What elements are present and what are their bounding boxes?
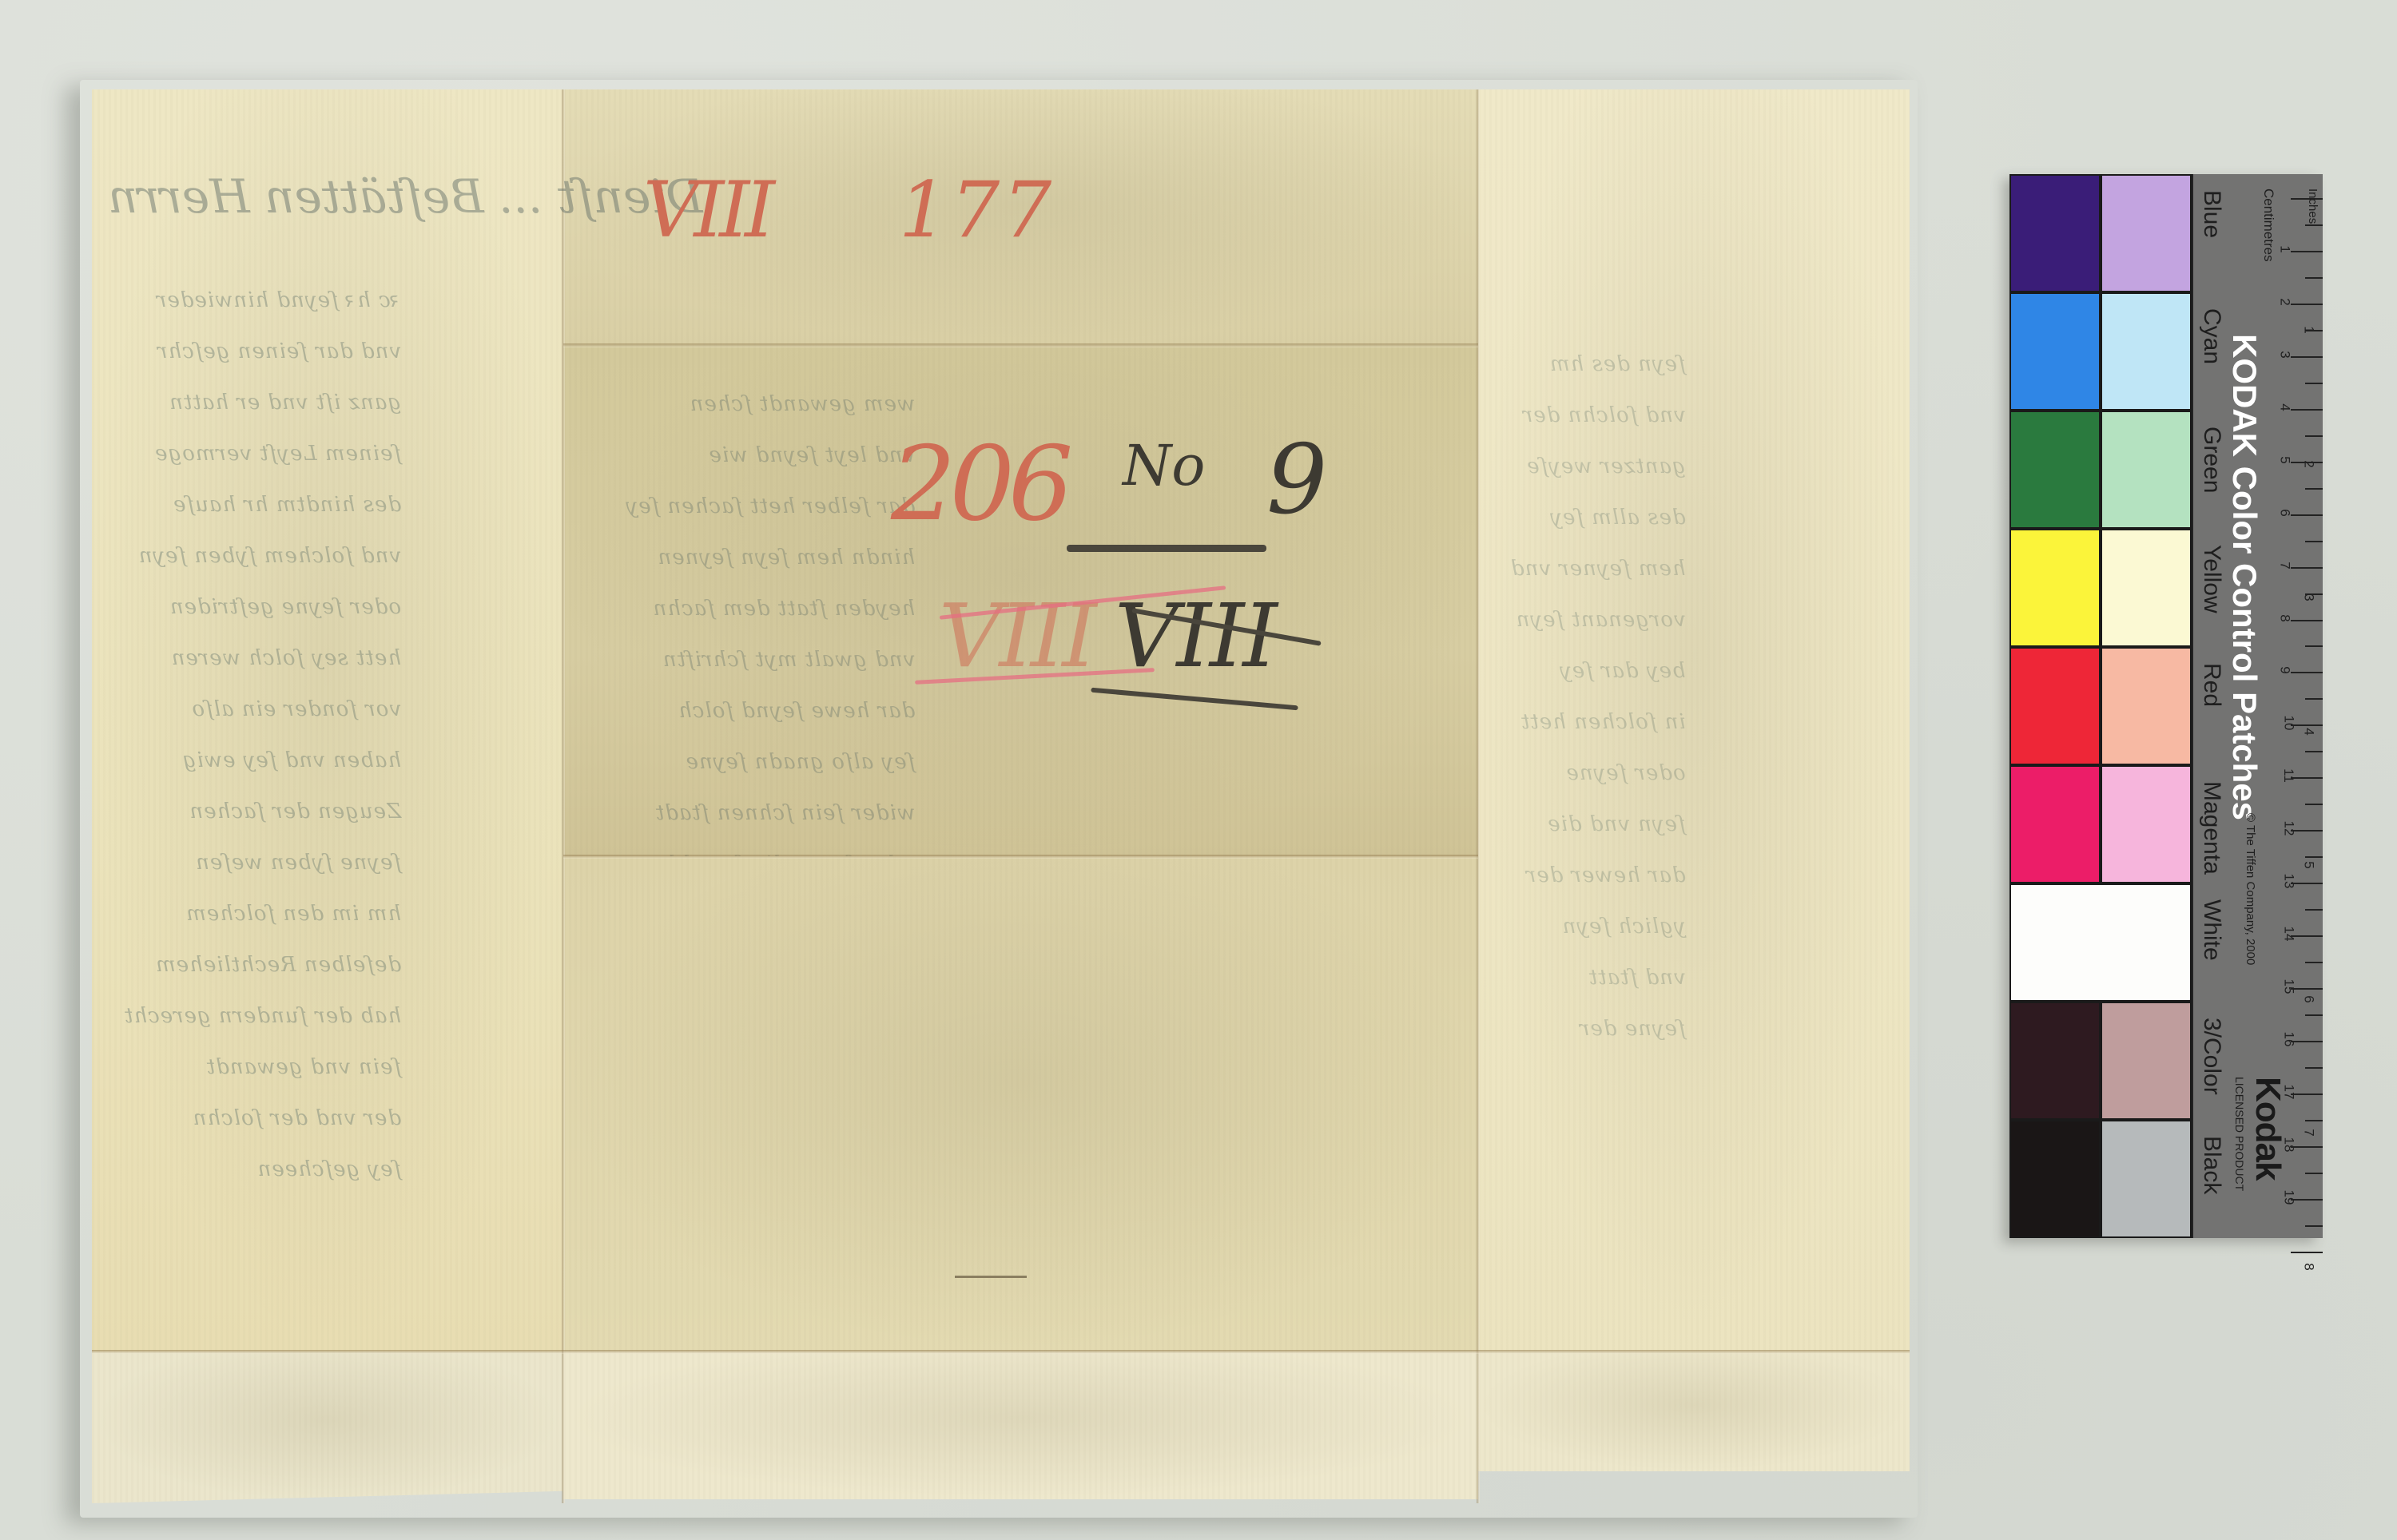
bleed-through-line: ꝛc hꝛ ſeynd hinwieder	[124, 281, 401, 320]
inch-mark: 1	[2301, 327, 2317, 334]
patch-light	[2101, 174, 2192, 292]
patch-dark	[2009, 1002, 2101, 1120]
bleed-through-line: des hindtm hr hauſe	[124, 486, 401, 524]
patch-light	[2101, 1120, 2192, 1238]
bleed-through-line: oder ſeyne	[1510, 754, 1686, 792]
patch-row-magenta	[2009, 765, 2192, 883]
bleed-through-line: ſein vnd gewandt	[124, 1048, 401, 1086]
licensed-product-text: LICENSED PRODUCT	[2233, 1077, 2246, 1191]
patch-row-black	[2009, 1120, 2192, 1238]
bleed-through-line: ſeyn vnd die	[1510, 805, 1686, 843]
underline	[1067, 545, 1266, 552]
bleed-through-line: bey dar ſey	[1510, 652, 1686, 690]
cm-mark: 9	[2277, 667, 2293, 674]
bleed-through-line: vnd ſolchem ſyben ſeyn	[124, 537, 401, 575]
bleed-through-line: haben vnd ſey ewig	[124, 741, 401, 780]
bleed-through-line: des allm ſey	[1510, 498, 1686, 537]
cm-mark: 16	[2280, 1032, 2296, 1047]
ruler-tick	[2305, 909, 2323, 911]
patch-dark	[2009, 1120, 2101, 1238]
inch-mark: 4	[2301, 728, 2317, 735]
dark-roman: VIII	[1115, 585, 1276, 687]
bleed-through-line: vnd ſtatt	[1510, 959, 1686, 997]
bleed-through-line: ſeyn des hm	[1510, 345, 1686, 383]
ruler-strip: KODAK Color Control Patches © The Tiffen…	[2192, 174, 2323, 1238]
bleed-through-line: ſey alſo gnadn ſeyne	[619, 743, 915, 781]
patch-light	[2101, 529, 2192, 647]
bleed-through-line: ſeyne der	[1510, 1010, 1686, 1048]
patch-label: Blue	[2198, 190, 2225, 238]
bleed-through-line: hm im den ſolchem	[124, 895, 401, 933]
bleed-through-line: vnd leyt ſeynd wie	[619, 436, 915, 474]
ruler-tick	[2305, 751, 2323, 752]
patch-light	[2101, 411, 2192, 529]
centimetres-label: Centimetres	[2260, 189, 2276, 262]
patch-label: Red	[2198, 663, 2225, 707]
patch-dark	[2009, 292, 2101, 411]
bleed-through-line: heyden ſtatt dem ſachn	[619, 589, 915, 628]
bleed-through-text-center: wem gewandt ſchenvnd leyt ſeynd wiedar ſ…	[619, 385, 915, 856]
cm-mark: 2	[2277, 298, 2293, 305]
horizontal-fold-line	[563, 343, 1478, 347]
ruler-tick	[2305, 1120, 2323, 1121]
patch-dark	[2009, 174, 2101, 292]
parchment-document: ꝛc hꝛ ſeynd hinwiedervnd dar ſeinen geſc…	[92, 89, 1910, 1503]
ruler-tick	[2291, 251, 2323, 252]
inch-mark: 6	[2301, 995, 2317, 1002]
number-label: No	[1123, 433, 1205, 498]
inch-mark: 7	[2301, 1129, 2317, 1137]
bleed-through-line: gantzer weyſe	[1510, 447, 1686, 486]
cm-mark: 17	[2280, 1085, 2296, 1100]
patch-row-white	[2009, 883, 2192, 1002]
patch-light	[2101, 1002, 2192, 1120]
ruler-tick	[2291, 672, 2323, 673]
patch-row-green	[2009, 411, 2192, 529]
ruler-tick	[2305, 435, 2323, 437]
ruler-tick	[2291, 1252, 2323, 1253]
bottom-right-flap	[1478, 1351, 1910, 1471]
bottom-left-flap	[92, 1351, 563, 1503]
bleed-through-line: Zeugen der ſachen	[124, 792, 401, 831]
patch-label: Cyan	[2198, 308, 2225, 364]
right-fold-panel: ſeyn des hmvnd ſolchn dergantzer weyſede…	[1478, 89, 1910, 1351]
cm-mark: 13	[2280, 874, 2296, 889]
bleed-through-line: vnd gwalt myt ſchriftn	[619, 641, 915, 679]
patch-light	[2101, 292, 2192, 411]
cm-mark: 18	[2280, 1137, 2296, 1152]
bleed-through-line: hab der ſundern gerecht	[124, 997, 401, 1035]
inches-label: Inches	[2306, 189, 2319, 224]
ruler-tick	[2305, 962, 2323, 963]
inch-mark: 2	[2301, 460, 2317, 467]
bleed-through-line: vnd dar ſeinen geſchr	[124, 332, 401, 371]
bleed-through-line: vnd ſolchn der	[1510, 396, 1686, 435]
patch-label: Yellow	[2198, 545, 2225, 613]
ink-mark	[955, 1276, 1027, 1278]
left-fold-panel: ꝛc hꝛ ſeynd hinwiedervnd dar ſeinen geſc…	[92, 89, 563, 1351]
bleed-through-line: ſeinem Leyſt vermoge	[124, 435, 401, 473]
ruler-tick	[2305, 1014, 2323, 1016]
copyright-text: © The Tiffen Company, 2000	[2244, 813, 2257, 965]
patch-row-blue	[2009, 174, 2192, 292]
card-title: KODAK Color Control Patches	[2225, 334, 2264, 820]
patch-label: Black	[2198, 1136, 2225, 1194]
patch-label: Green	[2198, 427, 2225, 493]
cm-mark: 7	[2277, 562, 2293, 569]
ruler-tick	[2291, 198, 2323, 200]
ruler-tick	[2305, 698, 2323, 700]
horizontal-fold-line	[563, 855, 1478, 859]
cm-mark: 5	[2277, 456, 2293, 463]
bottom-center-flap	[563, 1351, 1478, 1499]
mirrored-heading: Dienſt ... Beſtätten Herrn	[108, 177, 702, 216]
inch-mark: 8	[2301, 1263, 2317, 1270]
bleed-through-line: vor ſonder ein alſo	[124, 690, 401, 728]
ruler-tick	[2305, 488, 2323, 490]
patch-label: Magenta	[2198, 781, 2225, 875]
ruler-tick	[2305, 1173, 2323, 1174]
ruler-tick	[2291, 356, 2323, 358]
ruler-tick	[2291, 304, 2323, 305]
ruler-tick	[2305, 1225, 2323, 1227]
ruler-tick	[2305, 541, 2323, 542]
cm-mark: 3	[2277, 351, 2293, 358]
bleed-through-line: hem ſeyner vnd	[1510, 550, 1686, 588]
bleed-through-line: oder ſeyne geſtriden	[124, 588, 401, 626]
ruler-tick	[2291, 514, 2323, 516]
patch-row-yellow	[2009, 529, 2192, 647]
cm-mark: 1	[2277, 245, 2293, 252]
color-patches	[2009, 174, 2192, 1238]
bottom-fold-line	[92, 1350, 1910, 1354]
patch-light	[2101, 765, 2192, 883]
cm-mark: 19	[2280, 1189, 2296, 1205]
ruler-tick	[2305, 224, 2323, 226]
cm-mark: 12	[2280, 821, 2296, 836]
bleed-through-line: dar hewer der	[1510, 856, 1686, 895]
cm-mark: 10	[2280, 716, 2296, 731]
patch-row-3-color	[2009, 1002, 2192, 1120]
patch-label: 3/Color	[2198, 1018, 2225, 1095]
inch-mark: 3	[2301, 594, 2317, 601]
patch-row-cyan	[2009, 292, 2192, 411]
vertical-fold-line	[562, 89, 565, 1503]
bleed-through-line: dar ſelber hett ſachen ſey	[619, 487, 915, 526]
bleed-through-line: wem gewandt ſchen	[619, 385, 915, 423]
bleed-through-line: ſeyne ſyben weſen	[124, 843, 401, 882]
bleed-through-line: wider ſein ſchnen ſtadt	[619, 794, 915, 832]
patch-dark	[2009, 529, 2101, 647]
ruler-tick	[2291, 620, 2323, 621]
red-shelfmark-number: 177	[899, 165, 1055, 255]
patch-light	[2101, 647, 2192, 765]
bleed-through-line: der vnd der ſolchn	[124, 1099, 401, 1137]
bleed-through-line: deſelben Rechtliehem	[124, 946, 401, 984]
bleed-through-line: vorgenant ſeyn	[1510, 601, 1686, 639]
bleed-through-line: hett sey ſolch weren	[124, 639, 401, 677]
cm-mark: 6	[2277, 509, 2293, 516]
patch-dark	[2009, 765, 2101, 883]
red-number-206: 206	[891, 425, 1067, 544]
bleed-through-text-left: ꝛc hꝛ ſeynd hinwiedervnd dar ſeinen geſc…	[124, 281, 401, 1189]
ruler-tick	[2305, 1067, 2323, 1069]
ruler-tick	[2305, 645, 2323, 647]
bleed-through-line: in ſolchen hett	[1510, 703, 1686, 741]
cm-mark: 8	[2277, 614, 2293, 621]
ruler-tick	[2305, 383, 2323, 384]
red-shelfmark-roman: VIII	[643, 165, 770, 255]
cm-mark: 4	[2277, 403, 2293, 411]
vertical-fold-line	[1477, 89, 1480, 1503]
ruler-tick	[2305, 804, 2323, 805]
number-value: 9	[1266, 425, 1327, 536]
ruler-tick	[2305, 856, 2323, 858]
patch-dark	[2009, 647, 2101, 765]
cm-mark: 15	[2280, 979, 2296, 994]
cm-mark: 14	[2280, 927, 2296, 942]
bleed-through-line: yglich ſeyn	[1510, 907, 1686, 946]
patch-white	[2009, 883, 2192, 1002]
bleed-through-line: ganz iſt vnd er hattn	[124, 383, 401, 422]
patch-row-red	[2009, 647, 2192, 765]
cm-mark: 11	[2280, 769, 2296, 784]
bleed-through-text-right: ſeyn des hmvnd ſolchn dergantzer weyſede…	[1510, 345, 1686, 1048]
ruler-tick	[2305, 277, 2323, 279]
ruler-tick	[2291, 567, 2323, 569]
bleed-through-line: ſey geſcheen	[124, 1150, 401, 1189]
patch-label: White	[2198, 899, 2225, 961]
patch-dark	[2009, 411, 2101, 529]
bleed-through-line: dar hewe ſeynd ſolch	[619, 692, 915, 730]
ruler-tick	[2291, 409, 2323, 411]
inch-mark: 5	[2301, 862, 2317, 869]
bleed-through-line: hindn hem ſeyn ſeynen	[619, 538, 915, 577]
kodak-color-control-card: KODAK Color Control Patches © The Tiffen…	[2009, 174, 2321, 1238]
